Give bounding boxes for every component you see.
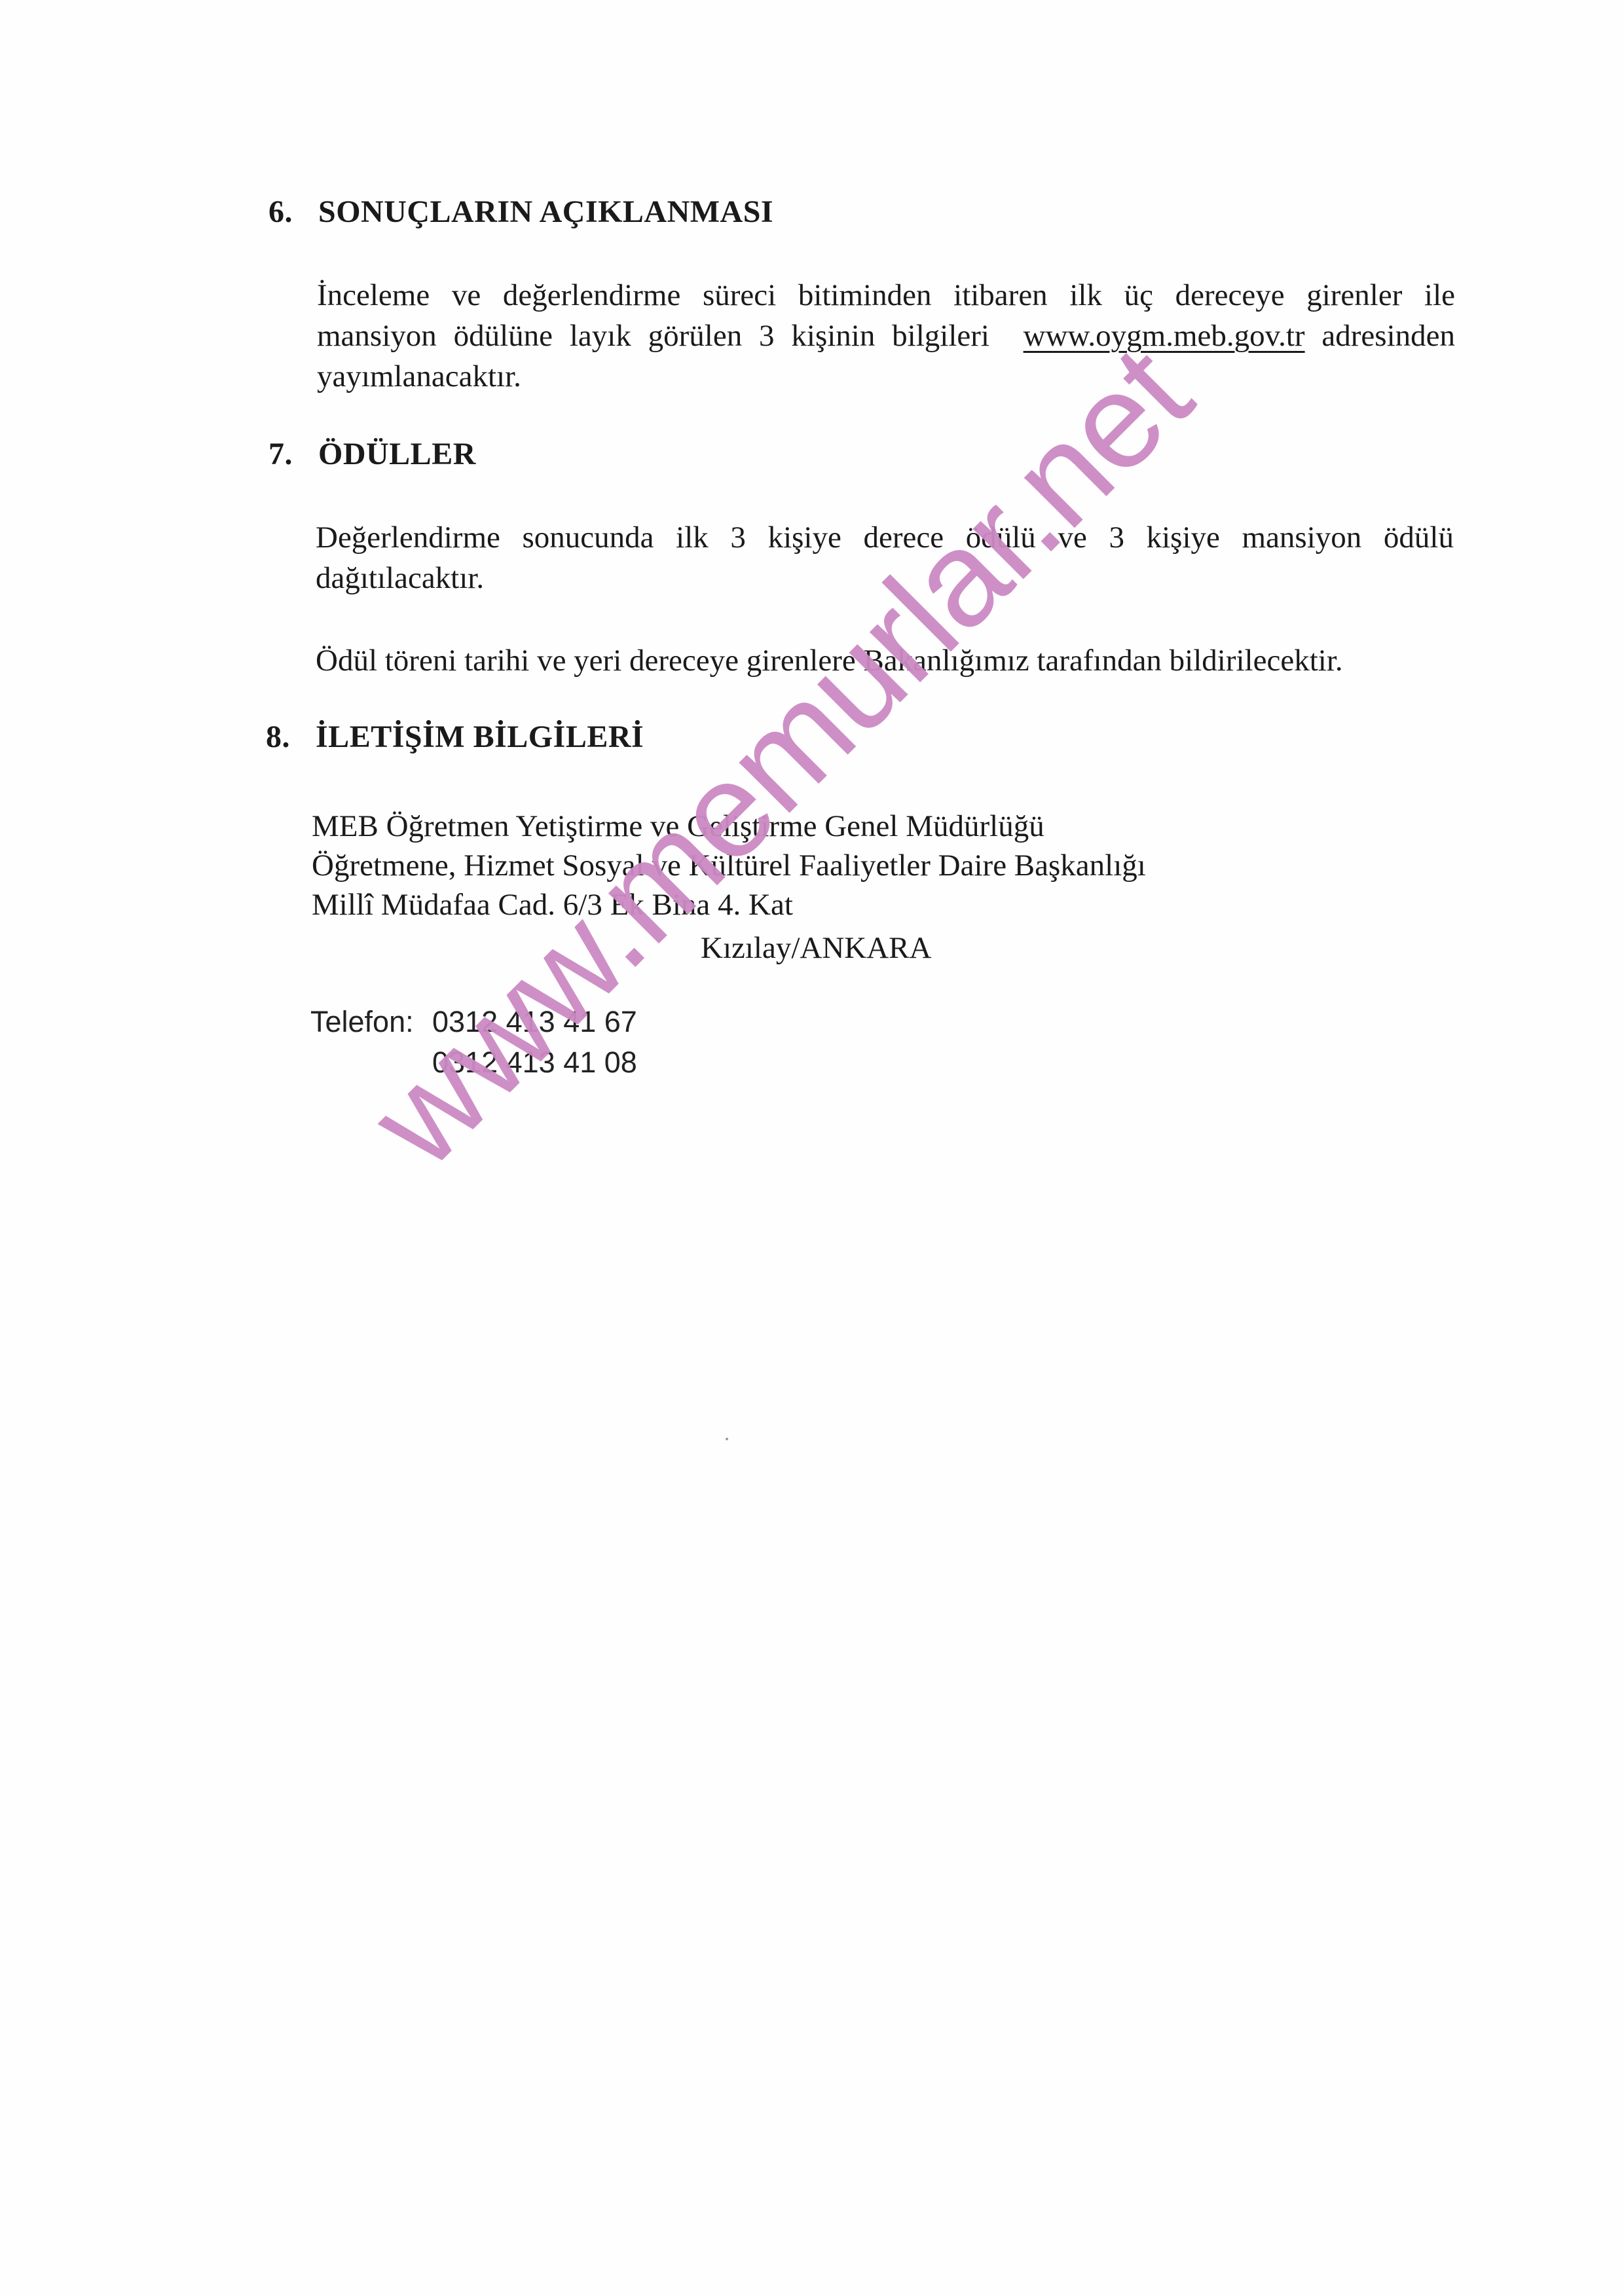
section-number: 7. — [268, 436, 318, 472]
contact-address: MEB Öğretmen Yetiştirme ve Geliştirme Ge… — [312, 807, 1146, 968]
section-8-heading: 8.İLETİŞİM BİLGİLERİ — [266, 719, 644, 755]
scan-speck — [726, 1438, 728, 1440]
paragraph-line: Değerlendirme sonucunda ilk 3 kişiye der… — [316, 517, 1454, 558]
paragraph-line: Ödül töreni tarihi ve yeri dereceye gire… — [316, 640, 1468, 681]
paragraph-line: dağıtılacaktır. — [316, 558, 1454, 598]
section-number: 6. — [268, 194, 318, 230]
address-line: MEB Öğretmen Yetiştirme ve Geliştirme Ge… — [312, 807, 1146, 846]
paragraph-text: mansiyon ödülüne layık görülen 3 kişinin… — [317, 319, 989, 353]
contact-phone: Telefon:0312 413 41 67 0312 413 41 08 — [310, 1002, 637, 1083]
section-7-heading: 7.ÖDÜLLER — [268, 436, 476, 472]
document-page: 6.SONUÇLARIN AÇIKLANMASI İnceleme ve değ… — [0, 0, 1624, 2296]
section-title: SONUÇLARIN AÇIKLANMASI — [318, 194, 773, 229]
address-city: Kızılay/ANKARA — [312, 928, 1146, 968]
paragraph-line: yayımlanacaktır. — [317, 356, 1455, 397]
phone-label: Telefon: — [310, 1002, 432, 1042]
phone-number: 0312 413 41 08 — [432, 1046, 637, 1079]
paragraph-line: İnceleme ve değerlendirme süreci bitimin… — [317, 275, 1455, 316]
phone-number: 0312 413 41 67 — [432, 1005, 637, 1038]
section-7-paragraph-1: Değerlendirme sonucunda ilk 3 kişiye der… — [316, 517, 1454, 598]
section-title: İLETİŞİM BİLGİLERİ — [316, 720, 644, 754]
section-7-paragraph-2: Ödül töreni tarihi ve yeri dereceye gire… — [316, 640, 1468, 681]
section-title: ÖDÜLLER — [318, 437, 476, 471]
address-line: Öğretmene, Hizmet Sosyal ve Kültürel Faa… — [312, 846, 1146, 885]
address-line: Millî Müdafaa Cad. 6/3 Ek Bina 4. Kat — [312, 885, 1146, 924]
section-number: 8. — [266, 719, 316, 755]
paragraph-line-with-link: mansiyon ödülüne layık görülen 3 kişinin… — [317, 316, 1455, 356]
paragraph-text: adresinden — [1321, 319, 1455, 353]
section-6-paragraph: İnceleme ve değerlendirme süreci bitimin… — [317, 275, 1455, 397]
oygm-website-link[interactable]: www.oygm.meb.gov.tr — [1024, 319, 1305, 353]
section-6-heading: 6.SONUÇLARIN AÇIKLANMASI — [268, 194, 773, 230]
